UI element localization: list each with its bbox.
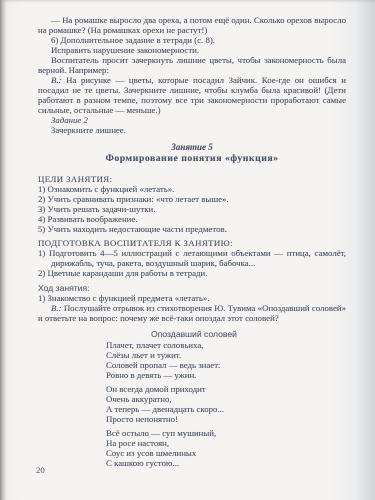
poem-line: Плачет, плачет соловьиха,	[106, 340, 282, 350]
prep-item: 1) Подготовить 4—5 иллюстраций с летающи…	[38, 248, 346, 268]
paragraph-listen: В.: Послушайте отрывок из стихотворения …	[38, 303, 346, 323]
teacher-quote-text: На рисунке — цветы, которые посадил Зайч…	[38, 75, 346, 115]
prep-list: 1) Подготовить 4—5 иллюстраций с летающи…	[38, 248, 346, 278]
paragraph-question: — На ромашке выросло два ореха, а потом …	[38, 15, 346, 35]
goals-heading: ЦЕЛИ ЗАНЯТИЯ:	[38, 174, 346, 184]
poem-stanza-1: Плачет, плачет соловьиха,Слёзы льет и ту…	[106, 340, 282, 380]
poem-line: Он всегда домой приходит	[106, 384, 282, 394]
goal-item: 3) Учить решать задачи-шутки.	[38, 204, 346, 214]
listen-text: Послушайте отрывок из стихотворения Ю. Т…	[38, 303, 346, 323]
page-content: — На ромашке выросло два ореха, а потом …	[38, 15, 346, 472]
goal-item: 1) Ознакомить с функцией «летать».	[38, 184, 346, 194]
paragraph-cross-out: Зачеркните лишнее.	[38, 125, 346, 135]
poem-line: Ровно в девять — ужин.	[106, 370, 282, 380]
teacher-prefix-2: В.:	[51, 303, 62, 313]
prep-item: 2) Цветные карандаши для работы в тетрад…	[38, 268, 346, 278]
paragraph-task-2: Задание 2	[38, 115, 346, 125]
teacher-prefix: В.:	[51, 75, 62, 85]
lesson-heading: Занятие 5 Формирование понятия «функция»	[38, 142, 346, 165]
poem-stanza-3: Всё остыло — суп мушиный,На росе настоян…	[106, 428, 282, 468]
scanned-book-page: — На ромашке выросло два ореха, а потом …	[0, 0, 375, 500]
poem-line: Просто непонятно!	[106, 414, 282, 424]
prep-heading: ПОДГОТОВКА ВОСПИТАТЕЛЯ К ЗАНЯТИЮ:	[38, 238, 346, 248]
poem-line: На росе настоян,	[106, 438, 282, 448]
lesson-number: Занятие 5	[38, 142, 346, 153]
paragraph-teacher-quote: В.: На рисунке — цветы, которые посадил …	[38, 75, 346, 115]
goals-list: 1) Ознакомить с функцией «летать».2) Учи…	[38, 184, 346, 234]
poem-line: А теперь — двенадцать скоро...	[106, 404, 282, 414]
poem-line: Слёзы льет и тужит.	[106, 350, 282, 360]
lesson-title: Формирование понятия «функция»	[38, 153, 346, 165]
poem-line: С кашкою густою...	[106, 458, 282, 468]
poem-title: Опоздавший соловей	[106, 329, 282, 339]
flow-item-1: 1) Знакомство с функцией предмета «летат…	[38, 293, 346, 303]
paragraph-fix-pattern: Исправить нарушение закономерности.	[38, 45, 346, 55]
poem-stanza-2: Он всегда домой приходитОчень аккуратно,…	[106, 384, 282, 424]
goal-item: 4) Развивать воображение.	[38, 214, 346, 224]
paragraph-extra-task: 6) Дополнительное задание в тетради (с. …	[38, 35, 346, 45]
poem-block: Опоздавший соловей Плачет, плачет соловь…	[106, 329, 282, 468]
flow-heading: Ход занятия:	[38, 283, 346, 293]
paragraph-teacher-asks: Воспитатель просит зачеркнуть лишние цве…	[38, 55, 346, 75]
goal-item: 2) Учить сравнивать признаки: «что летае…	[38, 194, 346, 204]
poem-line: Всё остыло — суп мушиный,	[106, 428, 282, 438]
poem-line: Соловей пропал — ведь знает:	[106, 360, 282, 370]
page-number: 20	[36, 465, 45, 475]
poem-line: Соус из усов шмелиных	[106, 448, 282, 458]
goal-item: 5) Учить находить недостающие части пред…	[38, 224, 346, 234]
poem-line: Очень аккуратно,	[106, 394, 282, 404]
